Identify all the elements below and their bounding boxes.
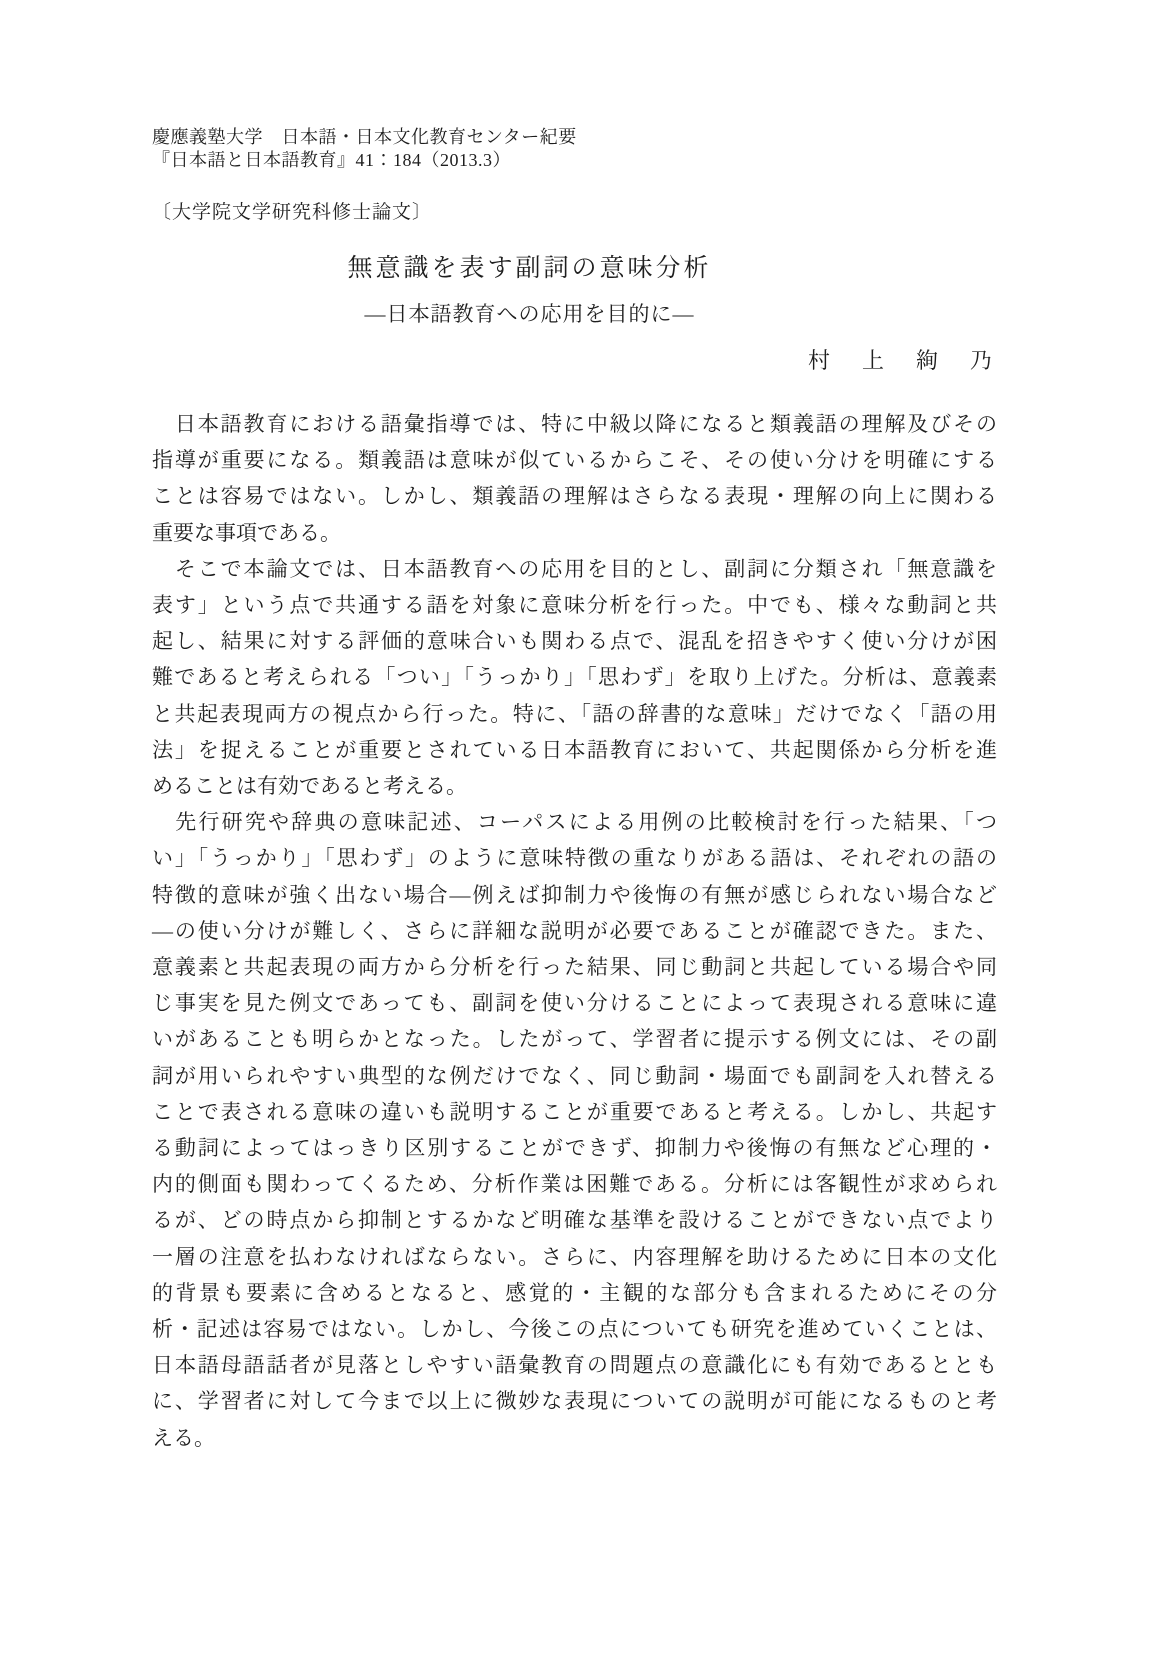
body-line: に、学習者に対して今まで以上に微妙な表現についての説明が可能になるものと考 — [152, 1383, 997, 1419]
body-line: る動詞によってはっきり区別することができず、抑制力や後悔の有無など心理的・ — [152, 1130, 997, 1166]
body-line: 日本語母語話者が見落としやすい語彙教育の問題点の意識化にも有効であるととも — [152, 1347, 997, 1383]
body-line: 先行研究や辞典の意味記述、コーパスによる用例の比較検討を行った結果、「つ — [152, 804, 997, 840]
journal-header-line1: 慶應義塾大学 日本語・日本文化教育センター紀要 — [152, 126, 577, 149]
body-line: 重要な事項である。 — [152, 515, 997, 551]
body-line: 法」を捉えることが重要とされている日本語教育において、共起関係から分析を進 — [152, 732, 997, 768]
body-line: 意義素と共起表現の両方から分析を行った結果、同じ動詞と共起している場合や同 — [152, 949, 997, 985]
body-line: 一層の注意を払わなければならない。さらに、内容理解を助けるために日本の文化 — [152, 1239, 997, 1275]
body-line: 難であると考えられる「つい」「うっかり」「思わず」を取り上げた。分析は、意義素 — [152, 659, 997, 695]
body-line: 的背景も要素に含めるとなると、感覚的・主観的な部分も含まれるためにその分 — [152, 1275, 997, 1311]
body-line: い」「うっかり」「思わず」のように意味特徴の重なりがある語は、それぞれの語の — [152, 840, 997, 876]
thesis-type-label: 〔大学院文学研究科修士論文〕 — [152, 197, 432, 224]
body-line: そこで本論文では、日本語教育への応用を目的とし、副詞に分類され「無意識を — [152, 551, 997, 587]
journal-header-line2: 『日本語と日本語教育』41：184（2013.3） — [152, 149, 577, 172]
journal-header: 慶應義塾大学 日本語・日本文化教育センター紀要 『日本語と日本語教育』41：18… — [152, 126, 577, 172]
body-line: 指導が重要になる。類義語は意味が似ているからこそ、その使い分けを明確にする — [152, 442, 997, 478]
body-line: じ事実を見た例文であっても、副詞を使い分けることによって表現される意味に違 — [152, 985, 997, 1021]
body-text: 日本語教育における語彙指導では、特に中級以降になると類義語の理解及びその指導が重… — [152, 406, 997, 1456]
body-line: と共起表現両方の視点から行った。特に、「語の辞書的な意味」だけでなく「語の用 — [152, 696, 997, 732]
body-line: 析・記述は容易ではない。しかし、今後この点についても研究を進めていくことは、 — [152, 1311, 997, 1347]
body-line: いがあることも明らかとなった。したがって、学習者に提示する例文には、その副 — [152, 1021, 997, 1057]
author-name: 村 上 絢 乃 — [152, 344, 997, 375]
body-line: るが、どの時点から抑制とするかなど明確な基準を設けることができない点でより — [152, 1202, 997, 1238]
body-line: 表す」という点で共通する語を対象に意味分析を行った。中でも、様々な動詞と共 — [152, 587, 997, 623]
body-line: 起し、結果に対する評価的意味合いも関わる点で、混乱を招きやすく使い分けが困 — [152, 623, 997, 659]
document-page: 慶應義塾大学 日本語・日本文化教育センター紀要 『日本語と日本語教育』41：18… — [0, 0, 1166, 1654]
body-line: 詞が用いられやすい典型的な例だけでなく、同じ動詞・場面でも副詞を入れ替える — [152, 1058, 997, 1094]
body-line: めることは有効であると考える。 — [152, 768, 997, 804]
body-line: ことは容易ではない。しかし、類義語の理解はさらなる表現・理解の向上に関わる — [152, 478, 997, 514]
page-subtitle: ―日本語教育への応用を目的に― — [152, 298, 907, 328]
body-line: 特徴的意味が強く出ない場合―例えば抑制力や後悔の有無が感じられない場合など — [152, 877, 997, 913]
body-line: 内的側面も関わってくるため、分析作業は困難である。分析には客観性が求められ — [152, 1166, 997, 1202]
body-line: ―の使い分けが難しく、さらに詳細な説明が必要であることが確認できた。また、 — [152, 913, 997, 949]
body-line: える。 — [152, 1420, 997, 1456]
body-line: 日本語教育における語彙指導では、特に中級以降になると類義語の理解及びその — [152, 406, 997, 442]
body-line: ことで表される意味の違いも説明することが重要であると考える。しかし、共起す — [152, 1094, 997, 1130]
page-title: 無意識を表す副詞の意味分析 — [152, 248, 907, 284]
